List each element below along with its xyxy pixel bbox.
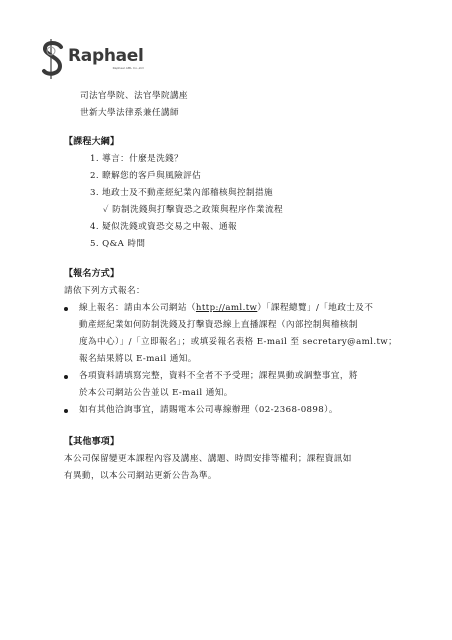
registration-line: 度為中心）」/「立即報名」；或填妥報名表格 E-mail 至 secretary… [79, 336, 397, 348]
outline-item: 4. 疑似洗錢或資恐交易之申報、通報 [90, 221, 237, 233]
other-line: 有異動，以本公司網站更新公告為準。 [64, 470, 217, 482]
bullet-icon [64, 375, 68, 379]
outline-item: 3. 地政士及不動產經紀業內部稽核與控制措施 [90, 187, 273, 199]
speaker-line: 司法官學院、法官學院講座 [80, 90, 188, 102]
registration-line: 線上報名：請由本公司網站（http://aml.tw）「課程總覽」/「地政士及不 [79, 302, 373, 314]
registration-line: 如有其他洽詢事宜，請賜電本公司專線辦理（02-2368-0898）。 [79, 404, 338, 416]
website-link[interactable]: http://aml.tw [196, 303, 257, 313]
dollar-s-icon [40, 38, 66, 80]
registration-heading: 【報名方式】 [64, 268, 119, 280]
outline-heading: 【課程大綱】 [64, 136, 119, 148]
registration-line: 於本公司網站公告並以 E-mail 通知。 [79, 387, 233, 399]
registration-intro: 請依下列方式報名： [64, 285, 145, 297]
speaker-line: 世新大學法律系兼任講師 [80, 107, 179, 119]
outline-subitem: ✓ 防制洗錢與打擊資恐之政策與程序作業流程 [103, 204, 283, 216]
registration-line: 各項資料請填寫完整，資料不全者不予受理；課程異動或調整事宜，將 [79, 370, 358, 382]
bullet-icon [64, 409, 68, 413]
logo-subtitle: Raphael AML Co.,Ltd [113, 66, 144, 70]
outline-item: 1. 導言：什麼是洗錢？ [90, 153, 183, 165]
logo-name: Raphael [68, 48, 144, 65]
text-segment: ）「課程總覽」/「地政士及不 [257, 303, 373, 313]
outline-item: 5. Q&A 時間 [90, 238, 145, 250]
bullet-icon [64, 307, 68, 311]
registration-line: 動產經紀業如何防制洗錢及打擊資恐線上直播課程（內部控制與稽核制 [79, 319, 358, 331]
outline-item: 2. 瞭解您的客戶與風險評估 [90, 170, 201, 182]
registration-line: 報名結果將以 E-mail 通知。 [79, 353, 197, 365]
other-line: 本公司保留變更本課程內容及講座、講題、時間安排等權利；課程資訊如 [64, 453, 352, 465]
company-logo: Raphael Raphael AML Co.,Ltd [40, 38, 144, 80]
text-segment: 線上報名：請由本公司網站（ [79, 303, 196, 313]
other-heading: 【其他事項】 [64, 436, 119, 448]
